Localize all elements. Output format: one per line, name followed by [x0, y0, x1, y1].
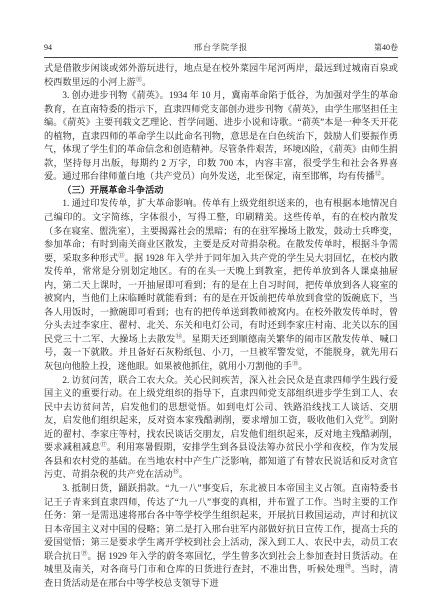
paragraph: 2. 访贫问苦，联合工农大众。关心民间疾苦，深入社会民众是直隶四师学生践行爱国主…	[44, 374, 398, 482]
footnote-marker: ⑲	[81, 550, 87, 557]
volume-label: 第40卷	[374, 42, 398, 54]
footnote-marker: ⑱	[173, 468, 179, 475]
footnote-marker: ⑫	[375, 170, 381, 177]
section-heading: （三）开展革命斗争活动	[44, 184, 398, 198]
article-body: 式是借散步闲谈或郊外游玩进行，地点是在校外菜园牛尾河两岸，最远到过城南百泉或校西…	[44, 62, 398, 603]
journal-title: 邢台学院学报	[44, 42, 398, 54]
paragraph: 1. 通过印发传单，扩大革命影响。传单有上级党组织送来的，也有根据本地情况自己编…	[44, 197, 398, 373]
footnote-marker: ⑰	[100, 441, 107, 448]
header-divider	[44, 57, 398, 58]
footnote-marker: ⑬	[118, 252, 124, 259]
paragraph: 式是借散步闲谈或郊外游玩进行，地点是在校外菜园牛尾河两岸，最远到过城南百泉或校西…	[44, 62, 398, 89]
paragraph: 3. 抵制日货，踊跃捐款。“九一八”事变后，东北被日本帝国主义占领。直南特委书记…	[44, 482, 398, 590]
journal-page: 94 邢台学院学报 第40卷 式是借散步闲谈或郊外游玩进行，地点是在校外菜园牛尾…	[0, 0, 427, 603]
page-header: 94 邢台学院学报 第40卷	[44, 42, 398, 54]
footnote-marker: ⑪	[136, 75, 142, 82]
footnote-marker: ⑮	[292, 360, 298, 367]
footnote-marker: ⑯	[364, 414, 371, 421]
footnote-marker: ⑭	[176, 333, 183, 340]
paragraph: 3. 创办进步刊物《葥英》。1934 年 10 月，冀南革命陷于低谷，为加强对学…	[44, 89, 398, 184]
footnote-marker: ⑳	[345, 563, 352, 570]
